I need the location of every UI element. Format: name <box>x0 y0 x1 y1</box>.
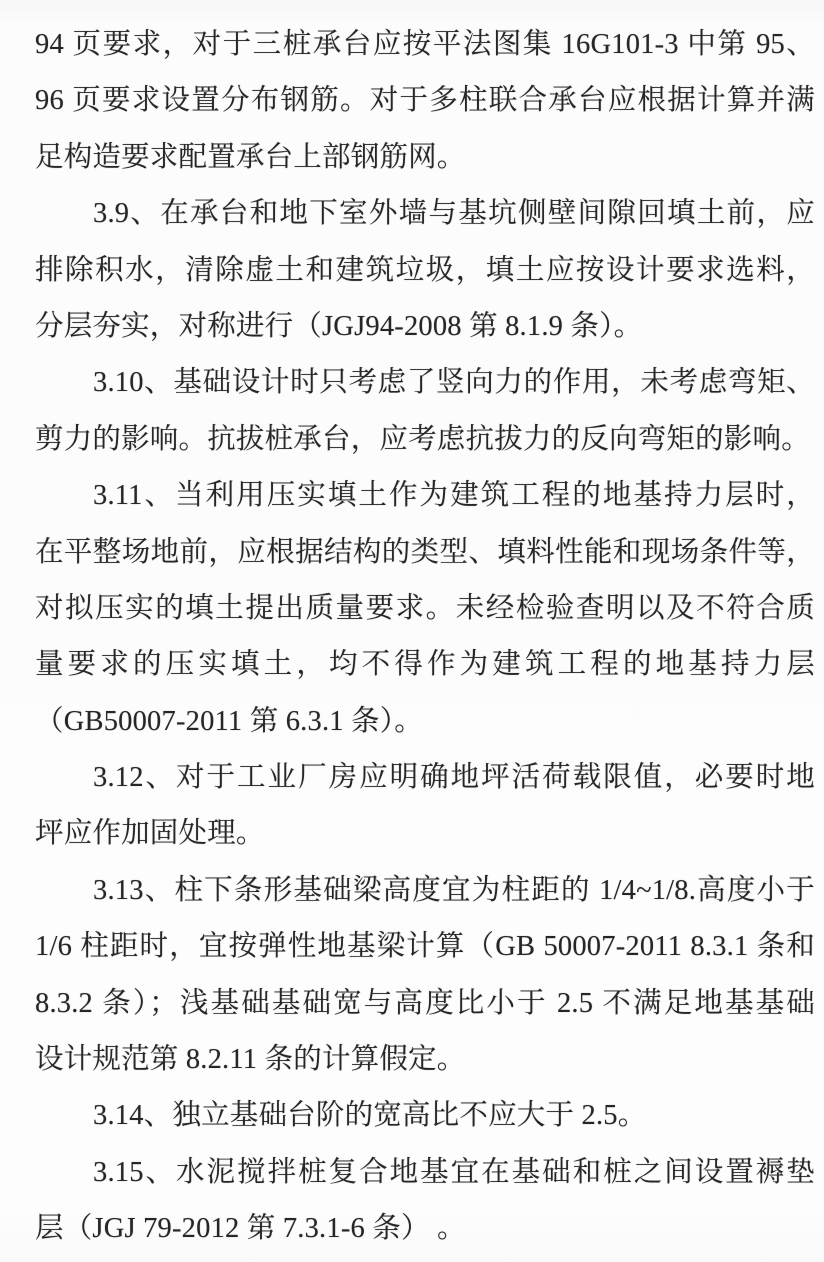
text-line: 坪应作加固处理。 <box>35 806 815 862</box>
text-line-section-3-15: 3.15、水泥搅拌桩复合地基宜在基础和桩之间设置褥垫 <box>35 1145 815 1201</box>
text-line-section-3-13: 3.13、柱下条形基础梁高度宜为柱距的 1/4~1/8.高度小于 <box>35 863 815 919</box>
text-line-section-3-14: 3.14、独立基础台阶的宽高比不应大于 2.5。 <box>35 1088 815 1144</box>
text-line: 96 页要求设置分布钢筋。对于多柱联合承台应根据计算并满 <box>35 73 815 129</box>
text-line: 对拟压实的填土提出质量要求。未经检验查明以及不符合质 <box>35 581 815 637</box>
text-line: 8.3.2 条）；浅基础基础宽与高度比小于 2.5 不满足地基基础 <box>35 976 815 1032</box>
text-line: 剪力的影响。抗拔桩承台，应考虑抗拔力的反向弯矩的影响。 <box>35 412 815 468</box>
text-line: 设计规范第 8.2.11 条的计算假定。 <box>35 1032 815 1088</box>
text-line: 足构造要求配置承台上部钢筋网。 <box>35 130 815 186</box>
text-line-section-3-11: 3.11、当利用压实填土作为建筑工程的地基持力层时， <box>35 468 815 524</box>
text-line: （GB50007-2011 第 6.3.1 条）。 <box>35 694 815 750</box>
text-line: 排除积水，清除虚土和建筑垃圾，填土应按设计要求选料， <box>35 243 815 299</box>
text-line: 在平整场地前，应根据结构的类型、填料性能和现场条件等， <box>35 525 815 581</box>
text-line: 94 页要求，对于三桩承台应按平法图集 16G101-3 中第 95、 <box>35 17 815 73</box>
text-line: 量要求的压实填土，均不得作为建筑工程的地基持力层 <box>35 637 815 693</box>
text-line: 1/6 柱距时，宜按弹性地基梁计算（GB 50007-2011 8.3.1 条和 <box>35 919 815 975</box>
text-line-section-3-9: 3.9、在承台和地下室外墙与基坑侧壁间隙回填土前，应 <box>35 186 815 242</box>
text-line-section-3-10: 3.10、基础设计时只考虑了竖向力的作用，未考虑弯矩、 <box>35 355 815 411</box>
text-line: 层（JGJ 79-2012 第 7.3.1-6 条） 。 <box>35 1201 815 1257</box>
text-line: 分层夯实，对称进行（JGJ94-2008 第 8.1.9 条）。 <box>35 299 815 355</box>
text-line-section-3-12: 3.12、对于工业厂房应明确地坪活荷载限值，必要时地 <box>35 750 815 806</box>
document-page: 94 页要求，对于三桩承台应按平法图集 16G101-3 中第 95、 96 页… <box>0 0 824 1262</box>
